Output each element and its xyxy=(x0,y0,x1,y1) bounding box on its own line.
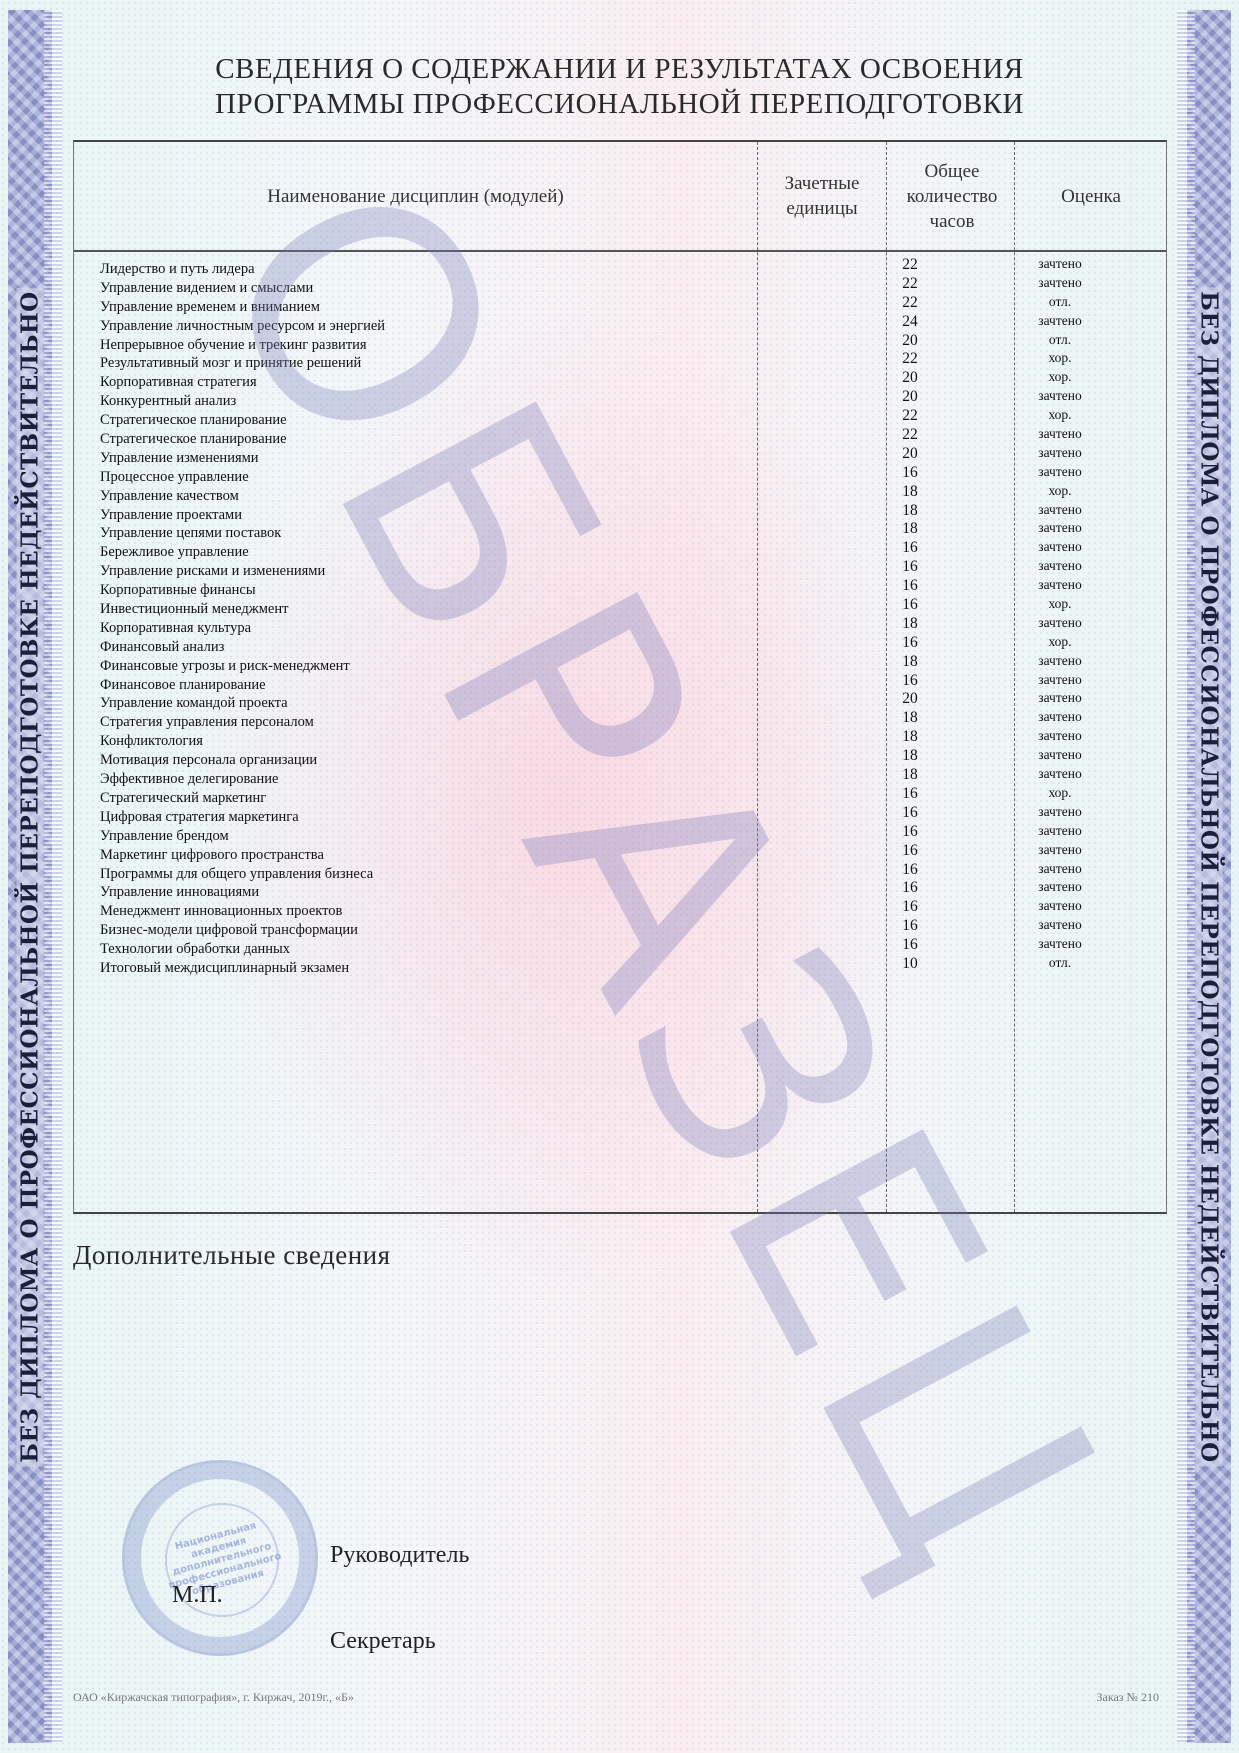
hours-value: 16 xyxy=(880,634,940,653)
hours-value: 18 xyxy=(880,502,940,521)
hours-value: 22 xyxy=(880,407,940,426)
hours-value: 16 xyxy=(880,936,940,955)
grade-value: хор. xyxy=(1000,784,1120,803)
discipline-name: Бережливое управление xyxy=(100,543,249,562)
discipline-name: Итоговый междисциплинарный экзамен xyxy=(100,959,349,978)
header-hours: Общее количество часов xyxy=(894,142,1010,250)
grade-value: зачтено xyxy=(1000,652,1120,671)
additional-info-title: Дополнительные сведения xyxy=(73,1240,391,1271)
seal-stamp: Национальная академия дополнительного пр… xyxy=(122,1460,318,1656)
header-discipline: Наименование дисциплин (модулей) xyxy=(74,142,757,250)
discipline-name: Лидерство и путь лидера xyxy=(100,260,255,279)
printer-info: ОАО «Киржачская типография», г. Киржач, … xyxy=(73,1690,354,1705)
discipline-name: Стратегический маркетинг xyxy=(100,789,266,808)
hours-value: 18 xyxy=(880,709,940,728)
hours-value: 16 xyxy=(880,577,940,596)
hours-value: 18 xyxy=(880,615,940,634)
discipline-name: Финансовое планирование xyxy=(100,676,266,695)
grade-value: зачтено xyxy=(1000,255,1120,274)
discipline-name: Управление брендом xyxy=(100,827,229,846)
grade-value: зачтено xyxy=(1000,841,1120,860)
grade-value: зачтено xyxy=(1000,274,1120,293)
grade-value: зачтено xyxy=(1000,557,1120,576)
header-grade: Оценка xyxy=(1018,142,1164,250)
discipline-name: Процессное управление xyxy=(100,468,249,487)
hours-value: 22 xyxy=(880,426,940,445)
grade-value: зачтено xyxy=(1000,727,1120,746)
header-credits: Зачетные единицы xyxy=(764,142,880,250)
hours-value: 16 xyxy=(880,898,940,917)
hours-value: 16 xyxy=(880,785,940,804)
hours-value: 20 xyxy=(880,332,940,351)
discipline-name: Менеджмент инновационных проектов xyxy=(100,902,342,921)
grade-value: хор. xyxy=(1000,406,1120,425)
grade-value: зачтено xyxy=(1000,463,1120,482)
grade-value: зачтено xyxy=(1000,671,1120,690)
hours-value: 16 xyxy=(880,804,940,823)
grade-value: хор. xyxy=(1000,482,1120,501)
grade-value: зачтено xyxy=(1000,312,1120,331)
discipline-name: Корпоративная стратегия xyxy=(100,373,257,392)
guilloche-swirl xyxy=(1177,10,1195,1743)
grade-value: зачтено xyxy=(1000,387,1120,406)
head-signature-label: Руководитель xyxy=(330,1542,469,1569)
grade-value: зачтено xyxy=(1000,501,1120,520)
hours-value: 16 xyxy=(880,672,940,691)
grade-value: зачтено xyxy=(1000,878,1120,897)
discipline-name: Конкурентный анализ xyxy=(100,392,236,411)
discipline-name: Управление качеством xyxy=(100,487,239,506)
grade-value: хор. xyxy=(1000,349,1120,368)
discipline-name: Инвестиционный менеджмент xyxy=(100,600,288,619)
discipline-name: Маркетинг цифрового пространства xyxy=(100,846,324,865)
hours-value: 18 xyxy=(880,653,940,672)
grade-value: зачтено xyxy=(1000,708,1120,727)
grade-value: зачтено xyxy=(1000,444,1120,463)
hours-value: 24 xyxy=(880,313,940,332)
grade-value: зачтено xyxy=(1000,746,1120,765)
header-divider xyxy=(74,250,1166,252)
page-title: Сведения о содержании и результатах осво… xyxy=(0,52,1239,122)
table-body: Лидерство и путь лидера22зачтеноУправлен… xyxy=(100,260,1166,978)
disciplines-table: Наименование дисциплин (модулей) Зачетны… xyxy=(73,140,1167,1214)
discipline-name: Непрерывное обучение и трекинг развития xyxy=(100,336,367,355)
grade-value: зачтено xyxy=(1000,425,1120,444)
discipline-name: Финансовые угрозы и риск-менеджмент xyxy=(100,657,350,676)
secretary-signature-label: Секретарь xyxy=(330,1628,436,1655)
discipline-name: Стратегическое планирование xyxy=(100,430,287,449)
discipline-name: Результативный мозг и принятие решений xyxy=(100,354,361,373)
stamp-place-label: М.П. xyxy=(172,1582,223,1609)
discipline-name: Управление личностным ресурсом и энергие… xyxy=(100,317,385,336)
discipline-name: Конфликтология xyxy=(100,732,203,751)
guilloche-swirl xyxy=(44,10,62,1743)
grade-value: зачтено xyxy=(1000,860,1120,879)
grade-value: зачтено xyxy=(1000,822,1120,841)
hours-value: 10 xyxy=(880,955,940,974)
hours-value: 16 xyxy=(880,558,940,577)
hours-value: 16 xyxy=(880,596,940,615)
table-row: Итоговый междисциплинарный экзамен10отл. xyxy=(100,959,1166,978)
hours-value: 16 xyxy=(880,879,940,898)
discipline-name: Программы для общего управления бизнеса xyxy=(100,865,373,884)
grade-value: зачтено xyxy=(1000,614,1120,633)
grade-value: зачтено xyxy=(1000,765,1120,784)
hours-value: 18 xyxy=(880,520,940,539)
discipline-name: Управление изменениями xyxy=(100,449,259,468)
grade-value: зачтено xyxy=(1000,538,1120,557)
hours-value: 22 xyxy=(880,350,940,369)
title-line-1: Сведения о содержании и результатах осво… xyxy=(0,52,1239,87)
discipline-name: Управление командой проекта xyxy=(100,694,288,713)
hours-value: 20 xyxy=(880,388,940,407)
hours-value: 16 xyxy=(880,917,940,936)
hours-value: 16 xyxy=(880,861,940,880)
hours-value: 16 xyxy=(880,464,940,483)
discipline-name: Стратегическое планирование xyxy=(100,411,287,430)
discipline-name: Корпоративные финансы xyxy=(100,581,256,600)
title-line-2: программы профессиональной переподготовк… xyxy=(0,87,1239,122)
hours-value: 16 xyxy=(880,823,940,842)
hours-value: 20 xyxy=(880,445,940,464)
grade-value: зачтено xyxy=(1000,897,1120,916)
discipline-name: Управление инновациями xyxy=(100,883,259,902)
hours-value: 22 xyxy=(880,294,940,313)
hours-value: 20 xyxy=(880,369,940,388)
grade-value: отл. xyxy=(1000,331,1120,350)
hours-value: 18 xyxy=(880,766,940,785)
discipline-name: Технологии обработки данных xyxy=(100,940,290,959)
discipline-name: Мотивация персонала организации xyxy=(100,751,317,770)
hours-value: 22 xyxy=(880,256,940,275)
discipline-name: Финансовый анализ xyxy=(100,638,224,657)
grade-value: зачтено xyxy=(1000,576,1120,595)
side-band-text: БЕЗ ДИПЛОМА О ПРОФЕССИОНАЛЬНОЙ ПЕРЕПОДГО… xyxy=(1196,287,1223,1466)
grade-value: хор. xyxy=(1000,633,1120,652)
grade-value: зачтено xyxy=(1000,916,1120,935)
discipline-name: Управление рисками и изменениями xyxy=(100,562,325,581)
grade-value: зачтено xyxy=(1000,803,1120,822)
hours-value: 18 xyxy=(880,747,940,766)
discipline-name: Цифровая стратегия маркетинга xyxy=(100,808,299,827)
discipline-name: Стратегия управления персоналом xyxy=(100,713,314,732)
side-band-text: БЕЗ ДИПЛОМА О ПРОФЕССИОНАЛЬНОЙ ПЕРЕПОДГО… xyxy=(17,287,44,1466)
hours-value: 18 xyxy=(880,728,940,747)
hours-value: 22 xyxy=(880,275,940,294)
hours-value: 16 xyxy=(880,842,940,861)
hours-value: 20 xyxy=(880,690,940,709)
discipline-name: Управление цепями поставок xyxy=(100,524,281,543)
order-number: Заказ № 210 xyxy=(1096,1690,1159,1705)
discipline-name: Управление временем и вниманием xyxy=(100,298,320,317)
hours-value: 16 xyxy=(880,539,940,558)
discipline-name: Управление проектами xyxy=(100,506,242,525)
grade-value: хор. xyxy=(1000,595,1120,614)
discipline-name: Корпоративная культура xyxy=(100,619,251,638)
grade-value: отл. xyxy=(1000,293,1120,312)
left-security-band: БЕЗ ДИПЛОМА О ПРОФЕССИОНАЛЬНОЙ ПЕРЕПОДГО… xyxy=(8,10,52,1743)
grade-value: отл. xyxy=(1000,954,1120,973)
right-security-band: БЕЗ ДИПЛОМА О ПРОФЕССИОНАЛЬНОЙ ПЕРЕПОДГО… xyxy=(1187,10,1231,1743)
grade-value: хор. xyxy=(1000,368,1120,387)
hours-value: 18 xyxy=(880,483,940,502)
grade-value: зачтено xyxy=(1000,935,1120,954)
discipline-name: Бизнес-модели цифровой трансформации xyxy=(100,921,358,940)
discipline-name: Управление видением и смыслами xyxy=(100,279,313,298)
grade-value: зачтено xyxy=(1000,689,1120,708)
discipline-name: Эффективное делегирование xyxy=(100,770,279,789)
grade-value: зачтено xyxy=(1000,519,1120,538)
